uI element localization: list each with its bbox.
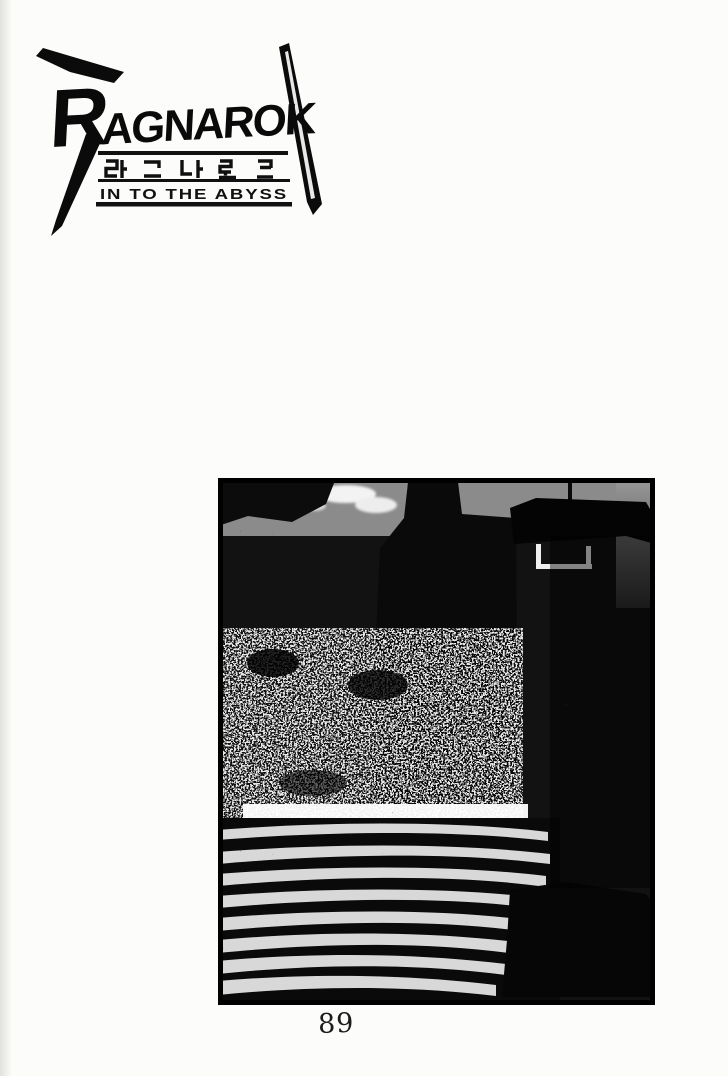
page-edge-shadow — [0, 0, 12, 1076]
logo-rule-top — [98, 151, 288, 155]
page-number: 89 — [317, 1007, 378, 1040]
logo-subtitle: IN TO THE ABYSS — [100, 186, 288, 203]
logo-rule-middle — [98, 179, 290, 182]
scanned-book-page: RAGNAROK IN TO THE ABYSS — [0, 0, 728, 1076]
logo-korean-title — [106, 160, 273, 178]
logo-title: RAGNAROK — [48, 60, 320, 165]
right-wall-shade — [550, 536, 655, 888]
ragnarok-logo: RAGNAROK IN TO THE ABYSS — [30, 38, 370, 240]
ragnarok-logo-svg: RAGNAROK IN TO THE ABYSS — [30, 38, 370, 240]
tower-finial — [568, 482, 572, 502]
fortress-photo-svg — [218, 478, 655, 1005]
black-pit — [502, 882, 655, 997]
rocky-hillside — [218, 628, 523, 828]
fortress-photo — [218, 478, 655, 1005]
logo-title-group: RAGNAROK — [43, 60, 325, 165]
